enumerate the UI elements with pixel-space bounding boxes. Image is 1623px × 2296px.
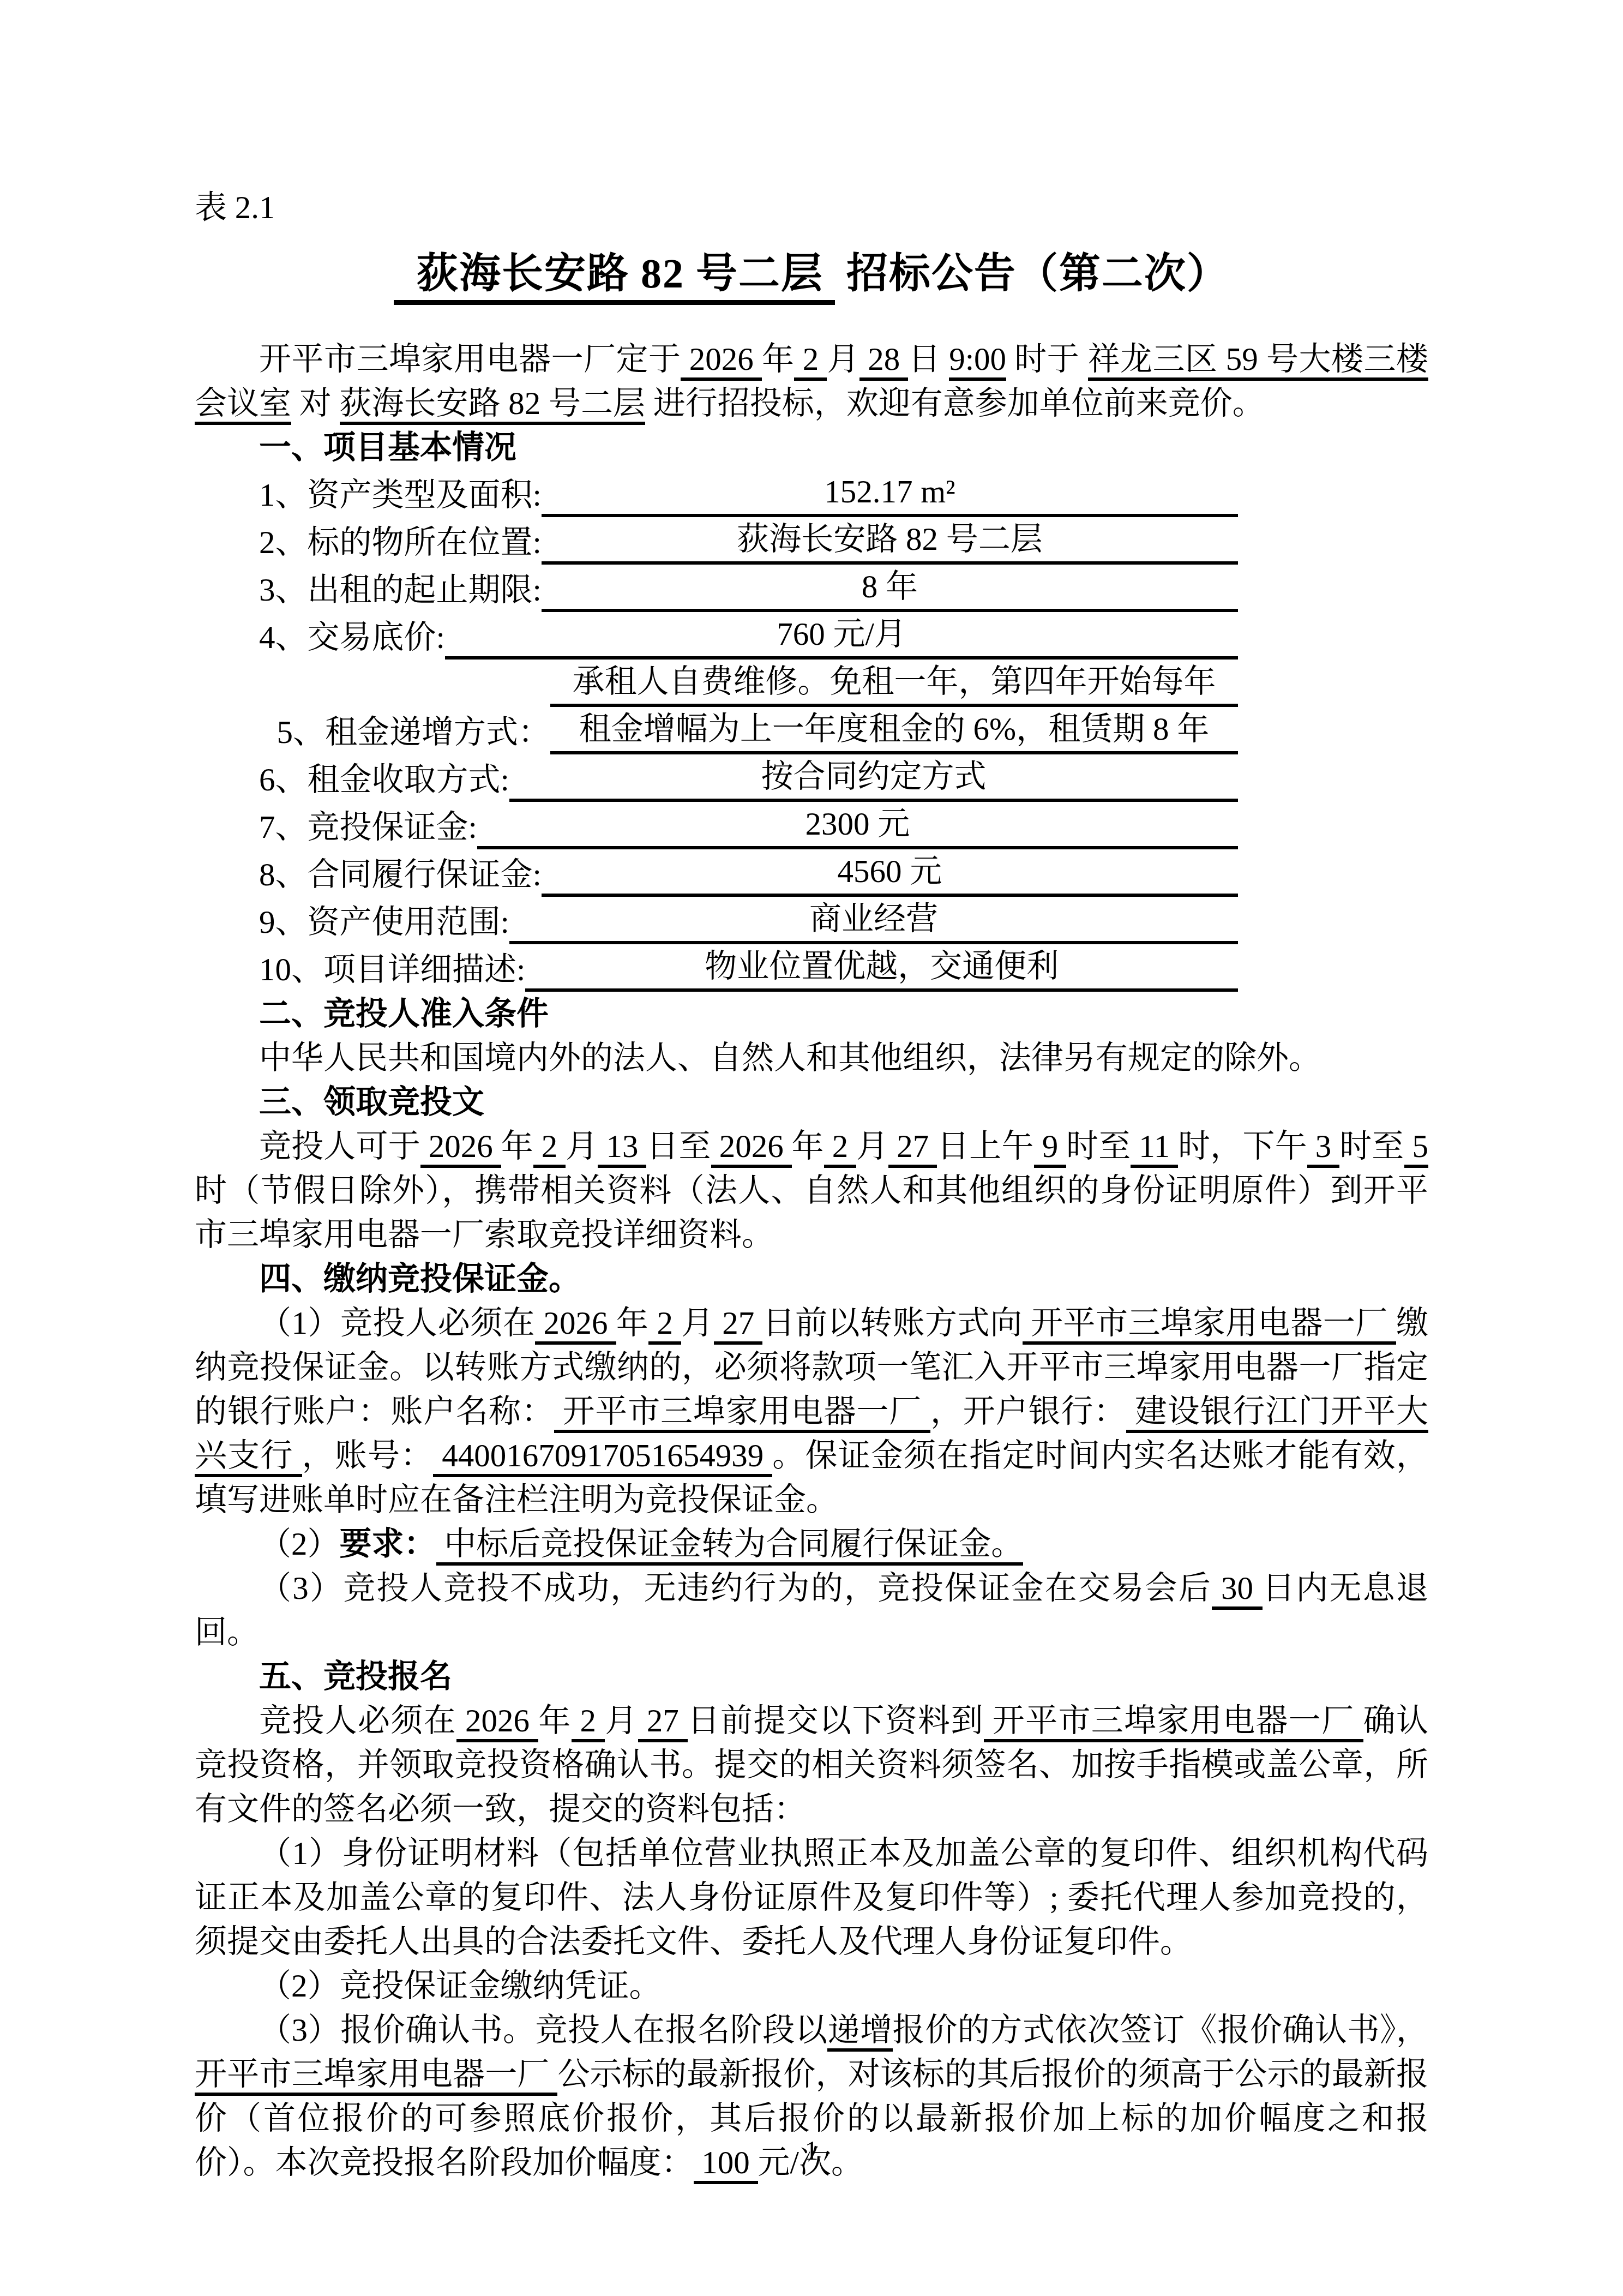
paragraph: （3）竞投人竞投不成功，无违约行为的，竞投保证金在交易会后 30 日内无息退回。 (195, 1566, 1428, 1654)
text-run: （2） (259, 1526, 340, 1562)
paragraph: （1）竞投人必须在 2026 年 2 月 27 日前以转账方式向 开平市三埠家用… (195, 1301, 1428, 1522)
text-run: 日 (908, 341, 949, 377)
text-run: 竞投人必须在 (259, 1702, 456, 1739)
section-heading: 三、领取竞投文 (259, 1080, 1428, 1124)
form-field-row: 7、竞投保证金:2300 元 (259, 802, 1238, 849)
text-run: 开平市三埠家用电器一厂定于 (259, 341, 681, 377)
paragraph: 开平市三埠家用电器一厂定于 2026 年 2 月 28 日 9:00 时于 祥龙… (195, 337, 1428, 425)
field-label: 10、项目详细描述: (259, 948, 525, 992)
text-run: 时（节假日除外），携带相关资料（法人、自然人和其他组织的身份证明原件）到开平市三… (195, 1172, 1428, 1252)
text-run: 时至 (1339, 1128, 1404, 1164)
blank-underline-text: 2 (794, 341, 827, 381)
field-value: 152.17 m² (542, 470, 1238, 517)
text-run: 中华人民共和国境内外的法人、自然人和其他组织，法律另有规定的除外。 (259, 1040, 1321, 1076)
blank-underline-text: 2026 (681, 341, 762, 381)
section-heading: 四、缴纳竞投保证金。 (259, 1257, 1428, 1301)
text-run: ，开户银行： (930, 1393, 1126, 1429)
blank-underline-text: 2 (572, 1702, 605, 1742)
text-run: 报价的方式依次签订《报价确认书》， (893, 2012, 1428, 2048)
blank-underline-text: 开平市三埠家用电器一厂 (1023, 1305, 1396, 1345)
field-label: 5、租金递增方式： (259, 710, 550, 754)
blank-underline-text: 5 (1404, 1128, 1428, 1168)
field-label: 6、租金收取方式: (259, 758, 509, 802)
blank-underline-text: 27 (714, 1305, 763, 1345)
text-run: （3）报价确认书。竞投人在报名阶段以 (259, 2012, 827, 2048)
text-run: 对 (291, 385, 340, 421)
field-label: 8、合同履行保证金: (259, 853, 542, 897)
blank-underline-text: 2 (533, 1128, 566, 1168)
text-run: 竞投人可于 (259, 1128, 420, 1164)
field-value: 商业经营 (509, 897, 1238, 944)
form-field-row: 1、资产类型及面积:152.17 m² (259, 470, 1238, 517)
text-run: 年 (538, 1702, 571, 1739)
field-value: 按合同约定方式 (509, 754, 1238, 802)
section-heading: 二、竞投人准入条件 (259, 992, 1428, 1036)
text-run: 日前提交以下资料到 (688, 1702, 984, 1739)
field-label: 2、标的物所在位置: (259, 520, 542, 565)
text-run: 四、缴纳竞投保证金。 (259, 1261, 581, 1297)
form-field-row: 8、合同履行保证金:4560 元 (259, 849, 1238, 897)
field-value: 租金增幅为上一年度租金的 6%，租赁期 8 年 (550, 707, 1238, 754)
text-run: 五、竞投报名 (259, 1658, 452, 1694)
table-label: 表 2.1 (195, 185, 1428, 229)
blank-underline-text: 荻海长安路 82 号二层 (340, 385, 646, 425)
blank-underline-text: 2 (824, 1128, 856, 1168)
title-rest-part: 招标公告（第二次） (835, 251, 1229, 297)
blank-underline-text: 11 (1131, 1128, 1178, 1168)
form-field-row: 2、标的物所在位置:荻海长安路 82 号二层 (259, 517, 1238, 565)
text-run: 年 (616, 1305, 649, 1341)
field-value: 4560 元 (542, 849, 1238, 897)
text-run: 年 (501, 1128, 533, 1164)
blank-underline-text: 2026 (535, 1305, 616, 1345)
field-value: 8 年 (542, 565, 1238, 612)
section-heading: 五、竞投报名 (259, 1654, 1428, 1699)
text-run: 时，下午 (1178, 1128, 1307, 1164)
text-run: 一、项目基本情况 (259, 429, 516, 465)
blank-underline-text: 递增 (827, 2012, 892, 2052)
blank-underline-text: 2026 (420, 1128, 501, 1168)
text-run: ，账号： (302, 1437, 434, 1473)
section-heading: 一、项目基本情况 (259, 425, 1428, 470)
field-value: 承租人自费维修。免租一年，第四年开始每年 (550, 660, 1238, 707)
text-run: 日至 (646, 1128, 711, 1164)
blank-underline-text: 开平市三埠家用电器一厂 (195, 2056, 557, 2096)
text-run: 月 (681, 1305, 714, 1341)
blank-underline-text: 开平市三埠家用电器一厂 (554, 1393, 930, 1433)
field-label: 7、竞投保证金: (259, 805, 477, 849)
field-label: 4、交易底价: (259, 615, 445, 660)
text-run: （2）竞投保证金缴纳凭证。 (259, 1968, 662, 2004)
blank-underline-text: 28 (859, 341, 909, 381)
blank-underline-text: 2 (648, 1305, 681, 1345)
field-value: 荻海长安路 82 号二层 (542, 517, 1238, 565)
form-field-row: 4、交易底价:760 元/月 (259, 612, 1238, 660)
field-value: 2300 元 (477, 802, 1238, 849)
form-field-row: 3、出租的起止期限:8 年 (259, 565, 1238, 612)
blank-underline-text: 9:00 (949, 341, 1006, 381)
paragraph: （2）要求： 中标后竞投保证金转为合同履行保证金。 (195, 1522, 1428, 1566)
text-run: 月 (856, 1128, 888, 1164)
text-run: 年 (762, 341, 795, 377)
form-field-row: 10、项目详细描述:物业位置优越，交通便利 (259, 944, 1238, 992)
paragraph: 中华人民共和国境内外的法人、自然人和其他组织，法律另有规定的除外。 (195, 1036, 1428, 1080)
blank-underline-text: 30 (1212, 1570, 1263, 1610)
document-body: 开平市三埠家用电器一厂定于 2026 年 2 月 28 日 9:00 时于 祥龙… (195, 337, 1428, 2185)
text-run: （1）身份证明材料（包括单位营业执照正本及加盖公章的复印件、组织机构代码证正本及… (195, 1835, 1428, 1959)
form-field-row: 6、租金收取方式:按合同约定方式 (259, 754, 1238, 802)
blank-underline-text: 2026 (711, 1128, 792, 1168)
text-run: 月 (827, 341, 859, 377)
blank-underline-text: 44001670917051654939 (433, 1437, 772, 1477)
blank-underline-text: 13 (598, 1128, 646, 1168)
page-number: 1 (0, 2135, 1623, 2166)
form-field-row: 5、租金递增方式：承租人自费维修。免租一年，第四年开始每年租金增幅为上一年度租金… (259, 660, 1238, 754)
paragraph: （1）身份证明材料（包括单位营业执照正本及加盖公章的复印件、组织机构代码证正本及… (195, 1831, 1428, 1964)
text-run: 年 (792, 1128, 824, 1164)
document-page: 表 2.1 荻海长安路 82 号二层 招标公告（第二次） 开平市三埠家用电器一厂… (0, 0, 1623, 2296)
blank-underline-text: 2026 (456, 1702, 538, 1742)
field-label: 3、出租的起止期限: (259, 568, 542, 612)
document-title: 荻海长安路 82 号二层 招标公告（第二次） (195, 244, 1428, 303)
text-run: （3）竞投人竞投不成功，无违约行为的，竞投保证金在交易会后 (259, 1570, 1212, 1606)
text-run: 日上午 (937, 1128, 1034, 1164)
text-run: 要求： (340, 1526, 436, 1562)
text-run: 月 (566, 1128, 598, 1164)
paragraph: 竞投人必须在 2026 年 2 月 27 日前提交以下资料到 开平市三埠家用电器… (195, 1699, 1428, 1831)
field-label: 1、资产类型及面积: (259, 473, 542, 517)
blank-underline-text: 9 (1034, 1128, 1066, 1168)
text-run: 月 (605, 1702, 638, 1739)
form-field-row: 9、资产使用范围:商业经营 (259, 897, 1238, 944)
text-run: 进行招投标，欢迎有意参加单位前来竞价。 (645, 385, 1265, 421)
text-run: 日前以转账方式向 (762, 1305, 1022, 1341)
title-underlined-part: 荻海长安路 82 号二层 (394, 251, 835, 305)
text-run: （1）竞投人必须在 (259, 1305, 535, 1341)
text-run: 时至 (1066, 1128, 1131, 1164)
blank-underline-text: 中标后竞投保证金转为合同履行保证金。 (436, 1526, 1024, 1566)
paragraph: （2）竞投保证金缴纳凭证。 (195, 1964, 1428, 2008)
field-value-multiline: 承租人自费维修。免租一年，第四年开始每年租金增幅为上一年度租金的 6%，租赁期 … (550, 660, 1238, 754)
field-value: 物业位置优越，交通便利 (525, 944, 1238, 992)
blank-underline-text: 开平市三埠家用电器一厂 (984, 1702, 1363, 1742)
field-label: 9、资产使用范围: (259, 900, 509, 944)
text-run: 三、领取竞投文 (259, 1084, 484, 1120)
paragraph: 竞投人可于 2026 年 2 月 13 日至 2026 年 2 月 27 日上午… (195, 1124, 1428, 1257)
blank-underline-text: 27 (638, 1702, 688, 1742)
blank-underline-text: 3 (1307, 1128, 1339, 1168)
text-run: 时于 (1006, 341, 1087, 377)
field-value: 760 元/月 (445, 612, 1238, 660)
blank-underline-text: 27 (888, 1128, 937, 1168)
text-run: 二、竞投人准入条件 (259, 996, 549, 1032)
